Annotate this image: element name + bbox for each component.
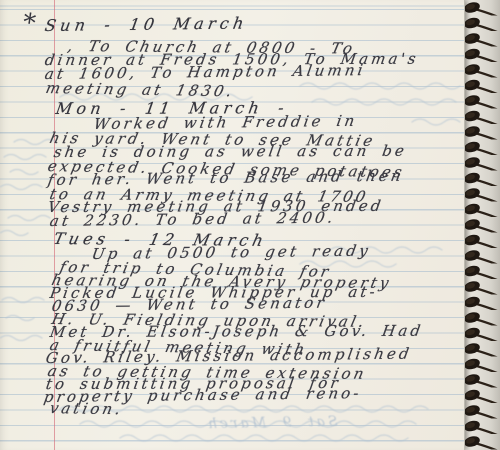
bleedthrough-text: Sat 9 March — [205, 414, 338, 432]
handwritten-line: at 2230. To bed at 2400. — [49, 209, 338, 230]
handwritten-line: meeting at 1830. — [44, 79, 236, 100]
spiral-binding — [461, 0, 500, 450]
notebook-photo: Sat 9 March * Sun - 10 March , To Church… — [0, 0, 500, 450]
entry-heading: Sun - 10 March — [43, 14, 249, 35]
handwritten-line: vation. — [48, 399, 125, 418]
spiral-coil-pattern — [461, 0, 500, 450]
journal-page: Sat 9 March * Sun - 10 March , To Church… — [0, 0, 465, 450]
